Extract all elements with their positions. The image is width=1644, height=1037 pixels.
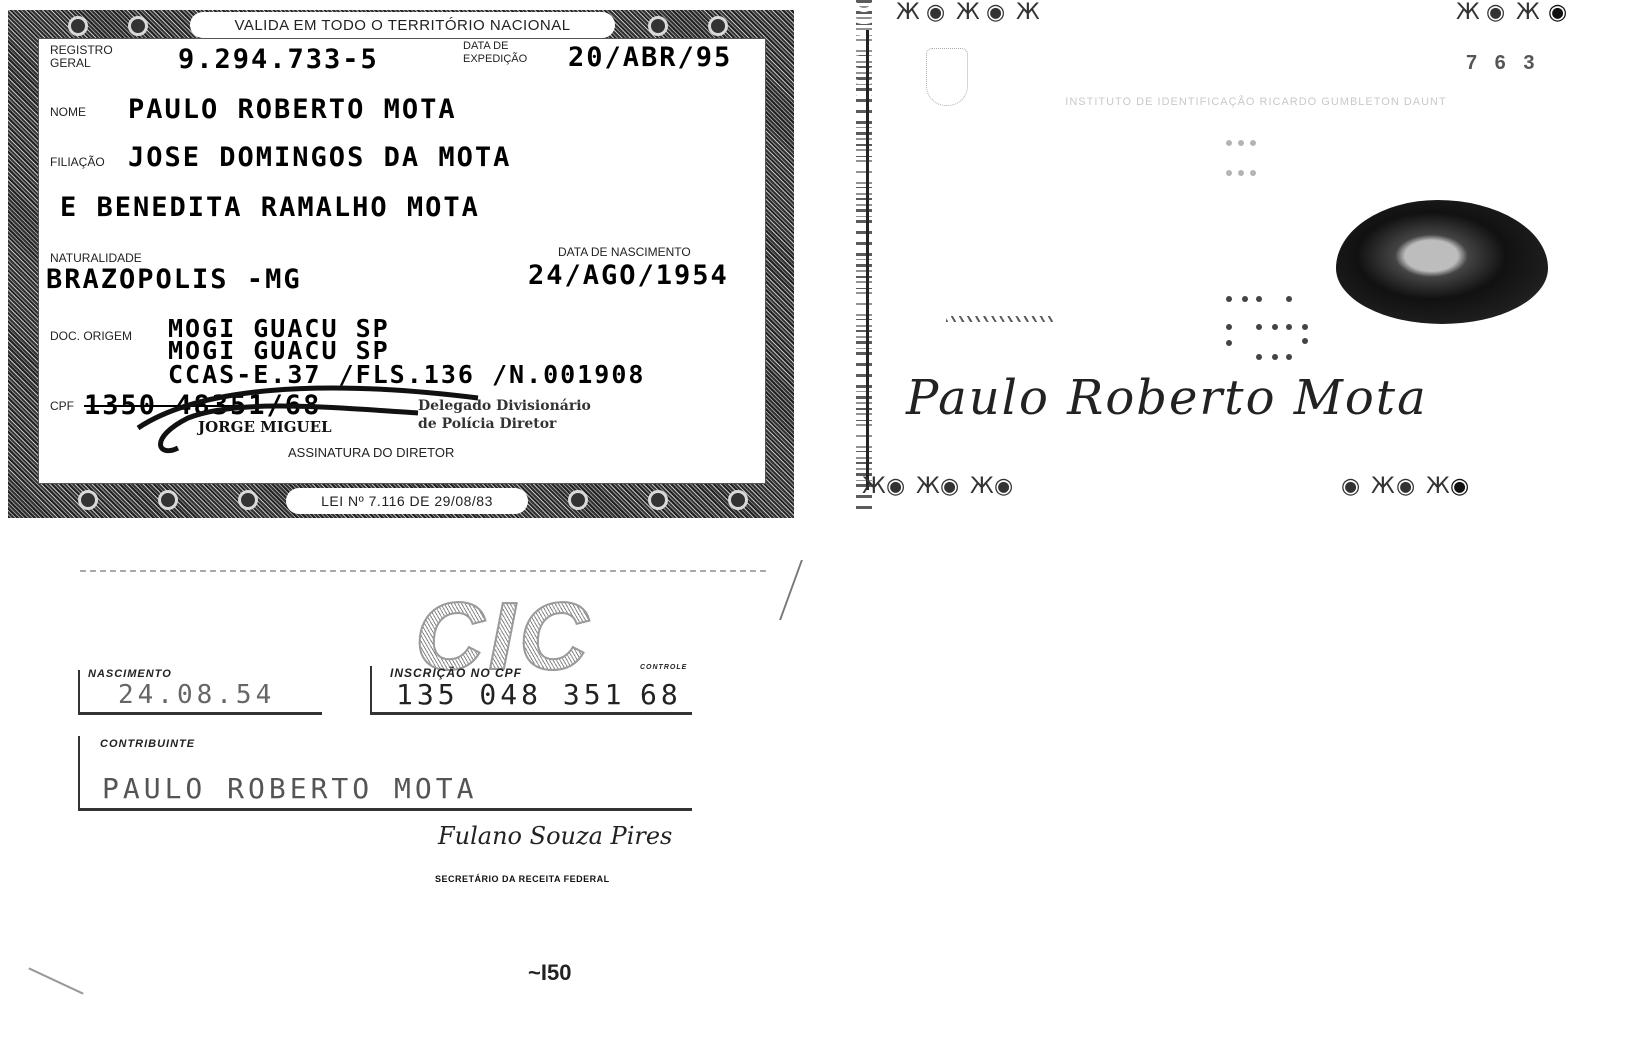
wavy-border (856, 0, 872, 512)
ornament-x-icon: Ж (956, 0, 980, 25)
ornament-ring-icon: ◉ (926, 0, 945, 25)
dot (1242, 296, 1248, 302)
contribuinte-value: PAULO ROBERTO MOTA (102, 772, 477, 805)
validity-banner: VALIDA EM TODO O TERRITÓRIO NACIONAL (190, 12, 615, 38)
dot (1226, 140, 1232, 146)
ornament-ring-icon: ◉ (940, 474, 959, 499)
diretor-name: JORGE MIGUEL (198, 418, 332, 436)
border-ornament-icon (648, 490, 668, 510)
dot (1250, 170, 1256, 176)
ornament-ring-icon: ◉ (1341, 474, 1360, 499)
controle-label: CONTROLE (640, 664, 687, 671)
ornament-x-icon: Ж (1516, 0, 1540, 25)
dot (1226, 170, 1232, 176)
holder-photo (1336, 200, 1548, 324)
ornament-x-icon: Ж (916, 474, 940, 499)
ornament-x-icon: Ж (1371, 474, 1395, 499)
dot (1226, 296, 1232, 302)
dot (1286, 354, 1292, 360)
wavy-border-line (866, 30, 869, 490)
border-ornament-icon (708, 16, 728, 36)
rg-front-card: VALIDA EM TODO O TERRITÓRIO NACIONAL REG… (8, 10, 794, 518)
ornament-ring-icon: ◉ (1548, 0, 1567, 25)
border-ornament-icon (68, 16, 88, 36)
ornament-x-icon: Ж (1456, 0, 1480, 25)
hatch-mark (946, 316, 1056, 322)
dot (1286, 296, 1292, 302)
dot (1226, 340, 1232, 346)
secretario-signature: Fulano Souza Pires (438, 822, 672, 850)
dot (1256, 354, 1262, 360)
diretor-title-1: Delegado Divisionário (418, 398, 591, 414)
border-ornament-icon (648, 16, 668, 36)
assinatura-diretor-label: ASSINATURA DO DIRETOR (288, 446, 454, 459)
ornament-x-icon: Ж (1016, 0, 1040, 25)
ornament-ring-icon: ◉ (1486, 0, 1505, 25)
border-ornament-icon (238, 490, 258, 510)
rg-front-body: REGISTRO GERAL 9.294.733-5 DATA DE EXPED… (38, 38, 766, 484)
doc-origem-label: DOC. ORIGEM (50, 330, 132, 343)
coat-of-arms-icon (926, 48, 968, 106)
border-ornament-icon (728, 490, 748, 510)
data-nascimento-value: 24/AGO/1954 (528, 260, 729, 291)
ornament-x-icon: Ж (896, 0, 920, 25)
dot (1302, 324, 1308, 330)
nome-value: PAULO ROBERTO MOTA (128, 94, 457, 125)
border-ornament-icon (128, 16, 148, 36)
nome-label: NOME (50, 106, 86, 119)
registro-geral-label: REGISTRO GERAL (50, 44, 130, 70)
dot (1272, 354, 1278, 360)
filiacao-label: FILIAÇÃO (50, 156, 105, 169)
card-edge (80, 570, 770, 572)
ornament-ring-icon: ◉ (994, 474, 1013, 499)
rg-back-card: Ж ◉ Ж ◉ Ж Ж ◉ Ж ◉ INSTITUTO DE IDENTIFIC… (856, 0, 1592, 512)
dot (1272, 324, 1278, 330)
dot (1302, 338, 1308, 344)
nascimento-value: 24.08.54 (118, 680, 275, 710)
stamp-mark: ~I50 (528, 960, 571, 986)
ornament-x-icon: Ж (862, 474, 886, 499)
law-banner: LEI Nº 7.116 DE 29/08/83 (286, 488, 528, 514)
ornament-ring-icon: ◉ (1396, 474, 1415, 499)
dot (1250, 140, 1256, 146)
cic-card: CIC NASCIMENTO 24.08.54 INSCRIÇÃO NO CPF… (40, 560, 792, 1030)
diretor-title-2: de Polícia Diretor (418, 416, 556, 432)
naturalidade-value: BRAZOPOLIS -MG (46, 264, 302, 295)
data-nascimento-label: DATA DE NASCIMENTO (558, 246, 691, 259)
card-edge (28, 967, 83, 994)
border-ornament-icon (568, 490, 588, 510)
border-ornament-icon (158, 490, 178, 510)
doc-origem-line2: MOGI GUACU SP (168, 340, 390, 362)
secretario-label: SECRETÁRIO DA RECEITA FEDERAL (435, 874, 610, 884)
holder-signature: Paulo Roberto Mota (906, 370, 1428, 426)
dot (1256, 324, 1262, 330)
dot (1286, 324, 1292, 330)
contribuinte-label: CONTRIBUINTE (100, 738, 195, 750)
card-edge (779, 560, 803, 620)
dot (1256, 296, 1262, 302)
registro-geral-value: 9.294.733-5 (178, 44, 379, 75)
dot (1238, 140, 1244, 146)
data-expedicao-label: DATA DE EXPEDIÇÃO (463, 40, 543, 66)
cpf-label: CPF (50, 400, 74, 413)
ornament-ring-icon: ◉ (986, 0, 1005, 25)
ornament-ring-icon: ◉ (1450, 474, 1469, 499)
dot (1226, 324, 1232, 330)
ornament-ring-icon: ◉ (886, 474, 905, 499)
card-number: 7 6 3 (1466, 52, 1540, 75)
filiacao-mae-value: E BENEDITA RAMALHO MOTA (60, 192, 480, 223)
controle-value: 68 (640, 678, 682, 711)
issuer-header: INSTITUTO DE IDENTIFICAÇÃO RICARDO GUMBL… (996, 96, 1516, 108)
cpf-value: 135 048 351 (396, 678, 625, 711)
filiacao-pai-value: JOSE DOMINGOS DA MOTA (128, 142, 511, 173)
data-expedicao-value: 20/ABR/95 (568, 42, 732, 73)
border-ornament-icon (78, 490, 98, 510)
nascimento-label: NASCIMENTO (88, 668, 172, 680)
ornament-x-icon: Ж (970, 474, 994, 499)
dot (1238, 170, 1244, 176)
ornament-x-icon: Ж (1426, 474, 1450, 499)
